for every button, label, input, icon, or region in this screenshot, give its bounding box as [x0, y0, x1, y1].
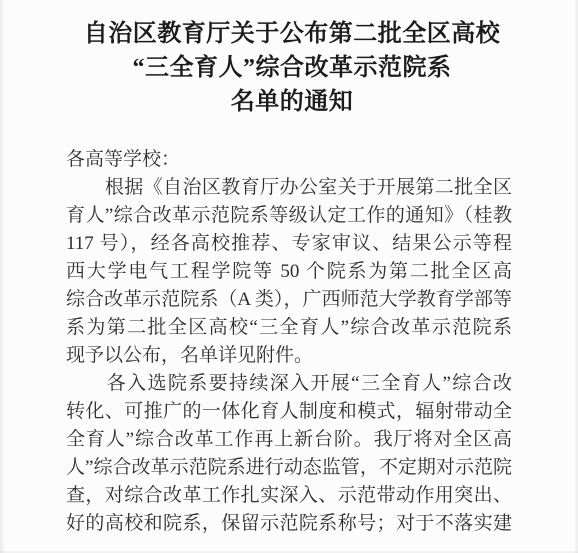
salutation-line: 各高等学校： [66, 146, 512, 174]
body-line: 综合改革示范院系（A 类），广西师范大学教育学部等 70 个院 [66, 286, 512, 314]
body-line: 育人”综合改革示范院系等级认定工作的通知》（桂教办〔2023〕 [66, 202, 512, 230]
scan-edge-left [0, 0, 5, 553]
document-page: 自治区教育厅关于公布第二批全区高校 “三全育人”综合改革示范院系 名单的通知 各… [0, 0, 578, 553]
body-line: 各入选院系要持续深入开展“三全育人”综合改革，形成可 [66, 370, 512, 398]
document-title: 自治区教育厅关于公布第二批全区高校 “三全育人”综合改革示范院系 名单的通知 [62, 17, 522, 119]
body-line: 人”综合改革示范院系进行动态监管，不定期对示范院系进行复 [66, 454, 512, 482]
scan-edge-right [574, 0, 578, 553]
body-line: 根据《自治区教育厅办公室关于开展第二批全区高校“三全 [66, 174, 512, 202]
body-line: 117 号），经各高校推荐、专家审议、结果公示等程序，确定广 [66, 230, 512, 258]
document-body: 各高等学校： 根据《自治区教育厅办公室关于开展第二批全区高校“三全 育人”综合改… [66, 146, 512, 538]
title-line: 自治区教育厅关于公布第二批全区高校 [62, 17, 522, 51]
body-line: 系为第二批全区高校“三全育人”综合改革示范院系（B 类）， [66, 314, 512, 342]
body-line: 好的高校和院系，保留示范院系称号；对于不落实建设标准，发 [66, 510, 512, 538]
title-line: 名单的通知 [62, 85, 522, 119]
title-line: “三全育人”综合改革示范院系 [62, 51, 522, 85]
body-line: 西大学电气工程学院等 50 个院系为第二批全区高校“三全育人” [66, 258, 512, 286]
body-line: 现予以公布，名单详见附件。 [66, 342, 512, 370]
body-line: 全育人”综合改革工作再上新台阶。我厅将对全区高校“三全育 [66, 426, 512, 454]
body-line: 查，对综合改革工作扎实深入、示范带动作用突出、师生反映良 [66, 482, 512, 510]
body-line: 转化、可推广的一体化育人制度和模式，辐射带动全区高校“三 [66, 398, 512, 426]
